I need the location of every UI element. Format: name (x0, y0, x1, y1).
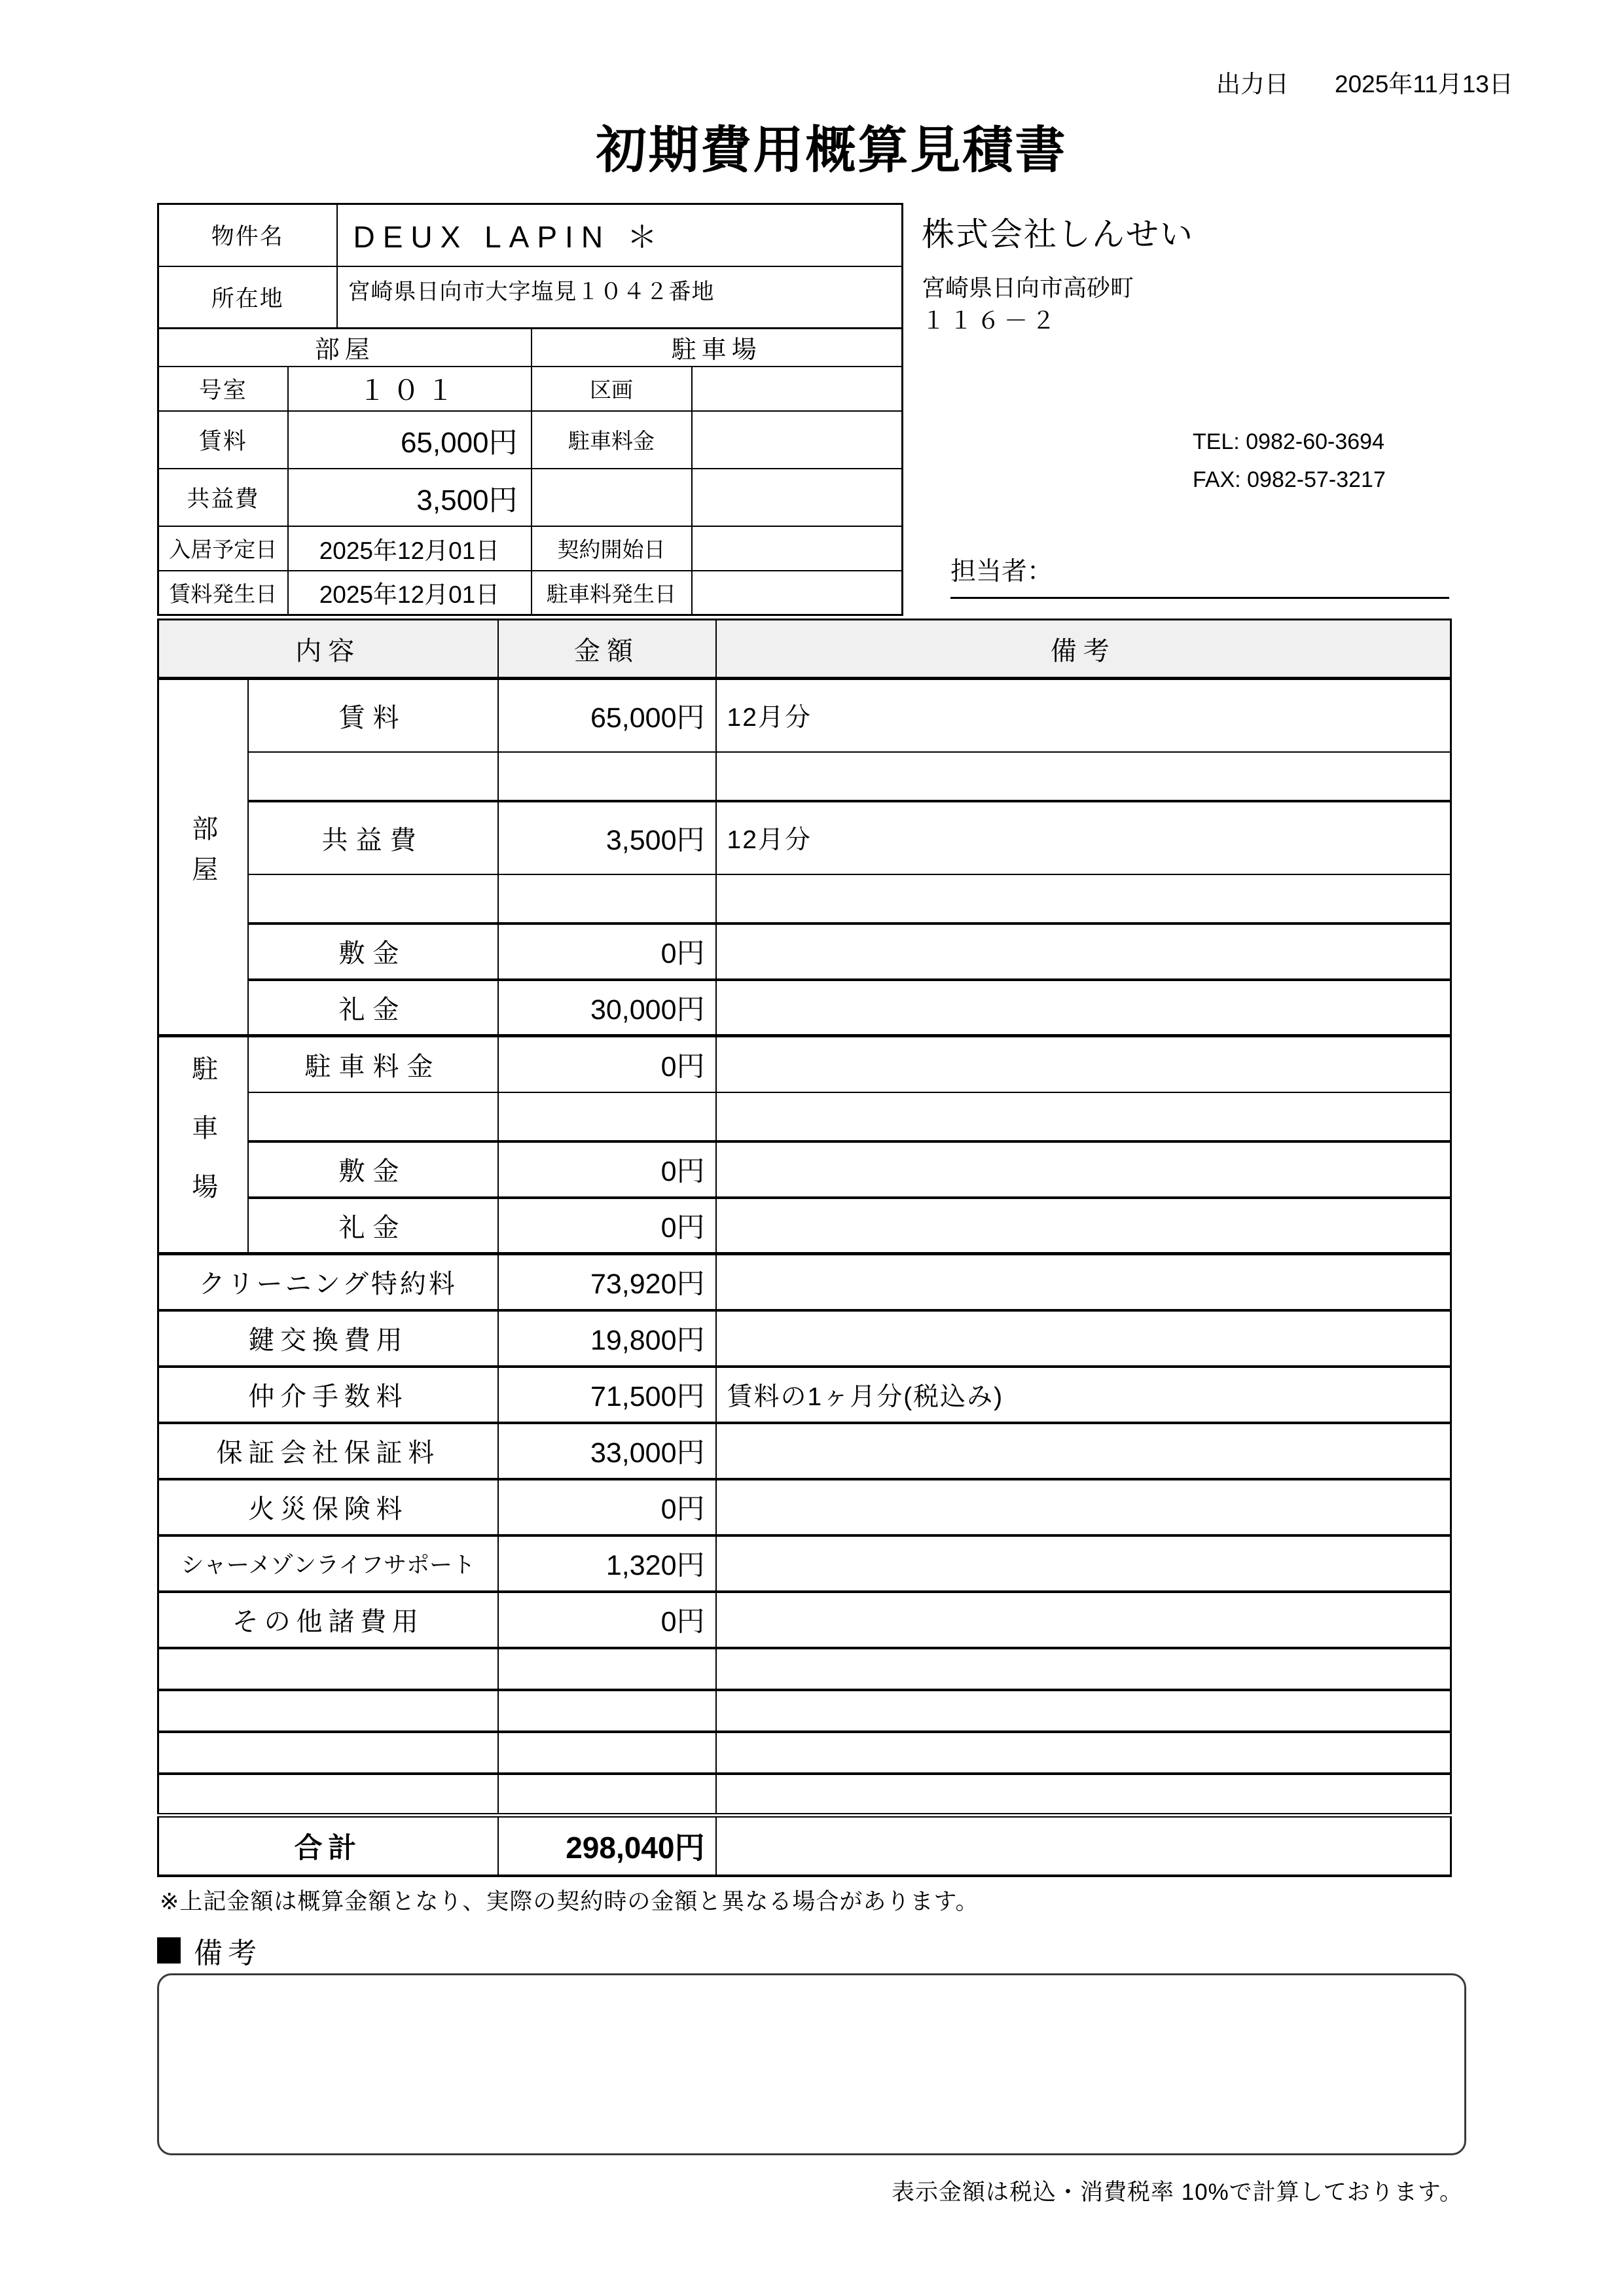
print-date-value: 2025年11月13日 (1335, 64, 1513, 99)
cost-item-remark (716, 1648, 1451, 1690)
cost-item-amount: 0円 (498, 1479, 716, 1535)
cost-item-remark (716, 1092, 1451, 1141)
cost-item-amount: 33,000円 (498, 1423, 716, 1479)
cost-item-remark (716, 924, 1451, 980)
col-header-amount: 金額 (498, 620, 716, 679)
property-name-value: DEUX LAPIN ＊ (337, 204, 903, 266)
cost-item-amount (498, 752, 716, 801)
total-remark (716, 1816, 1451, 1876)
cost-item-amount (498, 1732, 716, 1774)
cost-item-amount: 0円 (498, 1592, 716, 1648)
cost-item-name: 仲介手数料 (158, 1367, 498, 1423)
cost-item-amount (498, 1092, 716, 1141)
cost-item-name: 駐車料金 (248, 1036, 498, 1092)
cost-item-amount (498, 1774, 716, 1816)
cost-item-remark (716, 1036, 1451, 1092)
cost-item-name: クリーニング特約料 (158, 1254, 498, 1310)
parking-fee-label: 駐車料金 (532, 411, 692, 469)
common-fee-label: 共益費 (158, 469, 288, 526)
common-fee-value: 3,500円 (288, 469, 532, 526)
cost-item-remark (716, 1254, 1451, 1310)
estimate-disclaimer: ※上記金額は概算金額となり、実際の契約時の金額と異なる場合があります。 (160, 1884, 979, 1916)
room-section-header: 部屋 (158, 329, 532, 367)
cost-item-amount: 3,500円 (498, 801, 716, 874)
parking-section-value (692, 367, 903, 411)
cost-item-name: 礼金 (248, 980, 498, 1036)
cost-item-amount: 0円 (498, 924, 716, 980)
cost-item-remark (716, 1774, 1451, 1816)
cost-item-name: 賃料 (248, 679, 498, 752)
col-header-content: 内容 (158, 620, 498, 679)
cost-item-name: 共益費 (248, 801, 498, 874)
cost-item-amount (498, 874, 716, 924)
parking-start-date-value (692, 571, 903, 615)
cost-item-amount: 0円 (498, 1141, 716, 1198)
col-header-remarks: 備考 (716, 620, 1451, 679)
company-address-line2: １１６－２ (922, 302, 1059, 336)
cost-item-amount (498, 1648, 716, 1690)
room-number-value: １０１ (288, 367, 532, 411)
cost-item-name: 鍵交換費用 (158, 1310, 498, 1367)
move-in-date-value: 2025年12月01日 (288, 526, 532, 571)
cost-table: 内容 金額 備考 部屋 賃料 65,000円 12月分 共益費 3,500円 1… (157, 619, 1452, 1877)
cost-item-remark (716, 1141, 1451, 1198)
cost-item-name (248, 752, 498, 801)
cost-item-remark (716, 1310, 1451, 1367)
rent-start-date-value: 2025年12月01日 (288, 571, 532, 615)
parking-start-date-label: 駐車料発生日 (532, 571, 692, 615)
cost-item-amount: 1,320円 (498, 1535, 716, 1592)
cost-item-name: 敷金 (248, 924, 498, 980)
cost-item-name: その他諸費用 (158, 1592, 498, 1648)
move-in-date-label: 入居予定日 (158, 526, 288, 571)
page-title: 初期費用概算見積書 (39, 110, 1624, 183)
cost-item-name: 保証会社保証料 (158, 1423, 498, 1479)
staff-label: 担当者： (950, 558, 1053, 586)
cost-item-name: 敷金 (248, 1141, 498, 1198)
cost-item-name (158, 1648, 498, 1690)
total-amount: 298,040円 (498, 1816, 716, 1876)
cost-item-name (158, 1732, 498, 1774)
cost-item-remark (716, 1423, 1451, 1479)
cost-item-remark: 12月分 (716, 679, 1451, 752)
cost-item-name (248, 1092, 498, 1141)
cost-item-remark (716, 1535, 1451, 1592)
cost-item-remark (716, 1690, 1451, 1732)
cost-item-remark (716, 1198, 1451, 1254)
cost-item-name (158, 1690, 498, 1732)
company-name: 株式会社しんせい (922, 208, 1194, 255)
cost-item-remark (716, 752, 1451, 801)
cost-item-amount: 65,000円 (498, 679, 716, 752)
property-name-label: 物件名 (158, 204, 337, 266)
room-group-label: 部屋 (158, 679, 248, 1036)
remarks-box (157, 1973, 1466, 2155)
cost-item-name (248, 874, 498, 924)
company-tel: TEL: 0982-60-3694 (1193, 429, 1384, 455)
cost-item-name: シャーメゾンライフサポート (158, 1535, 498, 1592)
rent-label: 賃料 (158, 411, 288, 469)
cost-item-amount: 71,500円 (498, 1367, 716, 1423)
total-label: 合計 (158, 1816, 498, 1876)
contract-start-value (692, 526, 903, 571)
cost-item-amount: 0円 (498, 1198, 716, 1254)
cost-item-amount: 73,920円 (498, 1254, 716, 1310)
blank-value (692, 469, 903, 526)
document-page: 出力日 2025年11月13日 初期費用概算見積書 物件名 DEUX LAPIN… (0, 0, 1624, 2296)
cost-item-name: 礼金 (248, 1198, 498, 1254)
cost-item-amount: 19,800円 (498, 1310, 716, 1367)
cost-item-amount: 30,000円 (498, 980, 716, 1036)
parking-section-header: 駐車場 (532, 329, 903, 367)
print-date: 出力日 2025年11月13日 (1216, 64, 1513, 99)
tax-note: 表示金額は税込・消費税率 10%で計算しております。 (157, 2174, 1463, 2207)
company-fax: FAX: 0982-57-3217 (1193, 467, 1386, 493)
cost-item-remark: 賃料の1ヶ月分(税込み) (716, 1367, 1451, 1423)
cost-item-amount: 0円 (498, 1036, 716, 1092)
cost-item-remark (716, 1592, 1451, 1648)
remarks-heading-label: 備考 (194, 1929, 262, 1971)
blank-label (532, 469, 692, 526)
print-date-label: 出力日 (1216, 64, 1289, 99)
remarks-heading: 備考 (157, 1929, 262, 1971)
rent-start-date-label: 賃料発生日 (158, 571, 288, 615)
black-square-icon (157, 1937, 181, 1964)
rent-value: 65,000円 (288, 411, 532, 469)
property-address-value: 宮崎県日向市大字塩見１０４２番地 (337, 266, 903, 329)
staff-field: 担当者： (950, 551, 1449, 599)
company-address-line1: 宮崎県日向市高砂町 (922, 270, 1134, 303)
cost-item-name (158, 1774, 498, 1816)
room-number-label: 号室 (158, 367, 288, 411)
parking-group-label: 駐車場 (158, 1036, 248, 1254)
cost-item-remark (716, 1479, 1451, 1535)
parking-fee-value (692, 411, 903, 469)
property-table: 物件名 DEUX LAPIN ＊ 所在地 宮崎県日向市大字塩見１０４２番地 部屋… (157, 203, 903, 616)
cost-item-remark: 12月分 (716, 801, 1451, 874)
cost-item-amount (498, 1690, 716, 1732)
contract-start-label: 契約開始日 (532, 526, 692, 571)
cost-item-remark (716, 980, 1451, 1036)
cost-item-remark (716, 874, 1451, 924)
cost-item-remark (716, 1732, 1451, 1774)
property-address-label: 所在地 (158, 266, 337, 329)
cost-item-name: 火災保険料 (158, 1479, 498, 1535)
parking-section-label: 区画 (532, 367, 692, 411)
